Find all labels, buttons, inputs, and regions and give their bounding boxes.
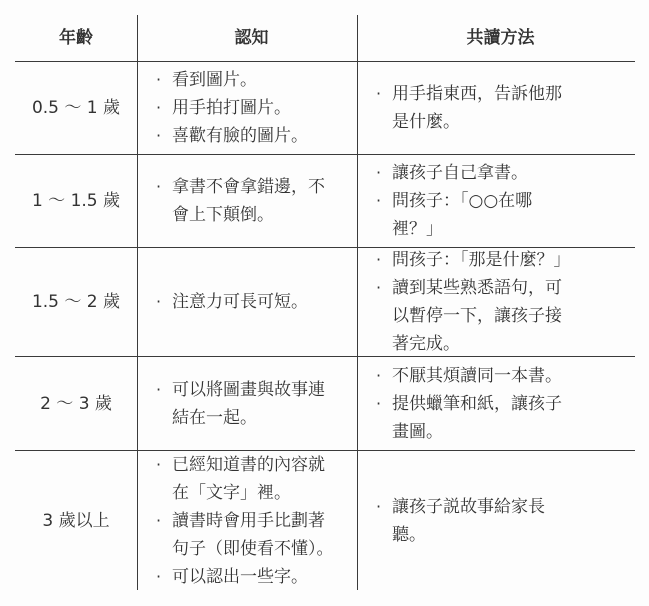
bullet-icon: · bbox=[376, 187, 381, 215]
header-row: 年齡 認知 共讀方法 bbox=[15, 15, 635, 62]
list-item-text: 讀書時會用手比劃著句子（即使看不懂）。 bbox=[172, 511, 334, 559]
list-item-text: 可以將圖畫與故事連結在一起。 bbox=[172, 380, 325, 428]
bullet-icon: · bbox=[376, 80, 381, 108]
age-cell: 0.5 ～ 1 歲 bbox=[15, 62, 138, 154]
list-item-text: 拿書不會拿錯邊，不會上下顛倒。 bbox=[172, 177, 325, 225]
list-item: ·讓孩子説故事給家長聽。 bbox=[374, 493, 564, 549]
table-row: 0.5 ～ 1 歲 ·看到圖片。 ·用手拍打圖片。 ·喜歡有臉的圖片。 ·用手指… bbox=[15, 62, 635, 155]
bullet-icon: · bbox=[376, 362, 381, 390]
list-item: ·已經知道書的內容就在「文字」裡。 bbox=[154, 451, 339, 507]
list-item: ·提供蠟筆和紙，讓孩子畫圖。 bbox=[374, 390, 564, 446]
bullet-icon: · bbox=[156, 451, 161, 479]
list-item-text: 注意力可長可短。 bbox=[172, 292, 308, 312]
list-item-text: 讓孩子説故事給家長聽。 bbox=[392, 497, 545, 545]
cognition-cell: ·看到圖片。 ·用手拍打圖片。 ·喜歡有臉的圖片。 bbox=[138, 62, 358, 154]
list-item: ·問孩子：「那是什麼？」 bbox=[374, 246, 564, 274]
cognition-cell: ·可以將圖畫與故事連結在一起。 bbox=[138, 357, 358, 450]
methods-list: ·用手指東西，告訴他那是什麼。 bbox=[374, 80, 564, 136]
methods-cell: ·用手指東西，告訴他那是什麼。 bbox=[358, 62, 635, 154]
methods-list: ·讓孩子自己拿書。 ·問孩子：「○○在哪裡？」 bbox=[374, 159, 564, 243]
list-item: ·不厭其煩讀同一本書。 bbox=[374, 362, 564, 390]
list-item: ·問孩子：「○○在哪裡？」 bbox=[374, 187, 564, 243]
bullet-icon: · bbox=[156, 376, 161, 404]
bullet-icon: · bbox=[156, 122, 161, 150]
bullet-icon: · bbox=[156, 507, 161, 535]
age-cell: 2 ～ 3 歲 bbox=[15, 357, 138, 450]
cognition-list: ·已經知道書的內容就在「文字」裡。 ·讀書時會用手比劃著句子（即使看不懂）。 ·… bbox=[154, 451, 339, 591]
list-item: ·用手指東西，告訴他那是什麼。 bbox=[374, 80, 564, 136]
list-item-text: 看到圖片。 bbox=[172, 70, 257, 90]
methods-list: ·不厭其煩讀同一本書。 ·提供蠟筆和紙，讓孩子畫圖。 bbox=[374, 362, 564, 446]
table-row: 1 ～ 1.5 歲 ·拿書不會拿錯邊，不會上下顛倒。 ·讓孩子自己拿書。 ·問孩… bbox=[15, 155, 635, 248]
methods-cell: ·讓孩子説故事給家長聽。 bbox=[358, 451, 635, 590]
bullet-icon: · bbox=[156, 563, 161, 591]
cognition-list: ·拿書不會拿錯邊，不會上下顛倒。 bbox=[154, 173, 339, 229]
list-item-text: 提供蠟筆和紙，讓孩子畫圖。 bbox=[392, 394, 562, 442]
cognition-list: ·看到圖片。 ·用手拍打圖片。 ·喜歡有臉的圖片。 bbox=[154, 66, 339, 150]
bullet-icon: · bbox=[376, 274, 381, 302]
column-header-methods: 共讀方法 bbox=[358, 15, 635, 61]
bullet-icon: · bbox=[376, 246, 381, 274]
age-cell: 3 歲以上 bbox=[15, 451, 138, 590]
list-item: ·看到圖片。 bbox=[154, 66, 339, 94]
table-row: 3 歲以上 ·已經知道書的內容就在「文字」裡。 ·讀書時會用手比劃著句子（即使看… bbox=[15, 451, 635, 590]
list-item-text: 喜歡有臉的圖片。 bbox=[172, 126, 308, 146]
list-item: ·可以將圖畫與故事連結在一起。 bbox=[154, 376, 339, 432]
list-item: ·讀到某些熟悉語句，可以暫停一下，讓孩子接著完成。 bbox=[374, 274, 564, 358]
list-item: ·用手拍打圖片。 bbox=[154, 94, 339, 122]
list-item-text: 問孩子：「○○在哪裡？」 bbox=[392, 191, 532, 239]
column-header-cognition: 認知 bbox=[138, 15, 358, 61]
bullet-icon: · bbox=[376, 493, 381, 521]
list-item: ·讀書時會用手比劃著句子（即使看不懂）。 bbox=[154, 507, 339, 563]
bullet-icon: · bbox=[156, 173, 161, 201]
list-item: ·可以認出一些字。 bbox=[154, 563, 339, 591]
methods-cell: ·問孩子：「那是什麼？」 ·讀到某些熟悉語句，可以暫停一下，讓孩子接著完成。 bbox=[358, 248, 635, 356]
cognition-cell: ·注意力可長可短。 bbox=[138, 248, 358, 356]
methods-list: ·讓孩子説故事給家長聽。 bbox=[374, 493, 564, 549]
bullet-icon: · bbox=[156, 288, 161, 316]
list-item: ·拿書不會拿錯邊，不會上下顛倒。 bbox=[154, 173, 339, 229]
bullet-icon: · bbox=[376, 390, 381, 418]
bullet-icon: · bbox=[156, 94, 161, 122]
age-reading-table: 年齡 認知 共讀方法 0.5 ～ 1 歲 ·看到圖片。 ·用手拍打圖片。 ·喜歡… bbox=[15, 15, 635, 590]
list-item-text: 不厭其煩讀同一本書。 bbox=[392, 366, 562, 386]
list-item: ·讓孩子自己拿書。 bbox=[374, 159, 564, 187]
list-item-text: 讀到某些熟悉語句，可以暫停一下，讓孩子接著完成。 bbox=[392, 278, 562, 354]
methods-cell: ·讓孩子自己拿書。 ·問孩子：「○○在哪裡？」 bbox=[358, 155, 635, 247]
cognition-cell: ·拿書不會拿錯邊，不會上下顛倒。 bbox=[138, 155, 358, 247]
list-item-text: 用手拍打圖片。 bbox=[172, 98, 291, 118]
list-item: ·喜歡有臉的圖片。 bbox=[154, 122, 339, 150]
table-row: 1.5 ～ 2 歲 ·注意力可長可短。 ·問孩子：「那是什麼？」 ·讀到某些熟悉… bbox=[15, 248, 635, 357]
cognition-list: ·注意力可長可短。 bbox=[154, 288, 339, 316]
bullet-icon: · bbox=[156, 66, 161, 94]
list-item-text: 讓孩子自己拿書。 bbox=[392, 163, 528, 183]
bullet-icon: · bbox=[376, 159, 381, 187]
methods-cell: ·不厭其煩讀同一本書。 ·提供蠟筆和紙，讓孩子畫圖。 bbox=[358, 357, 635, 450]
list-item-text: 已經知道書的內容就在「文字」裡。 bbox=[172, 455, 325, 503]
cognition-cell: ·已經知道書的內容就在「文字」裡。 ·讀書時會用手比劃著句子（即使看不懂）。 ·… bbox=[138, 451, 358, 590]
age-cell: 1 ～ 1.5 歲 bbox=[15, 155, 138, 247]
column-header-age: 年齡 bbox=[15, 15, 138, 61]
table-row: 2 ～ 3 歲 ·可以將圖畫與故事連結在一起。 ·不厭其煩讀同一本書。 ·提供蠟… bbox=[15, 357, 635, 451]
list-item-text: 可以認出一些字。 bbox=[172, 567, 308, 587]
cognition-list: ·可以將圖畫與故事連結在一起。 bbox=[154, 376, 339, 432]
list-item-text: 問孩子：「那是什麼？」 bbox=[392, 250, 571, 270]
list-item-text: 用手指東西，告訴他那是什麼。 bbox=[392, 84, 562, 132]
list-item: ·注意力可長可短。 bbox=[154, 288, 339, 316]
methods-list: ·問孩子：「那是什麼？」 ·讀到某些熟悉語句，可以暫停一下，讓孩子接著完成。 bbox=[374, 246, 564, 358]
age-cell: 1.5 ～ 2 歲 bbox=[15, 248, 138, 356]
